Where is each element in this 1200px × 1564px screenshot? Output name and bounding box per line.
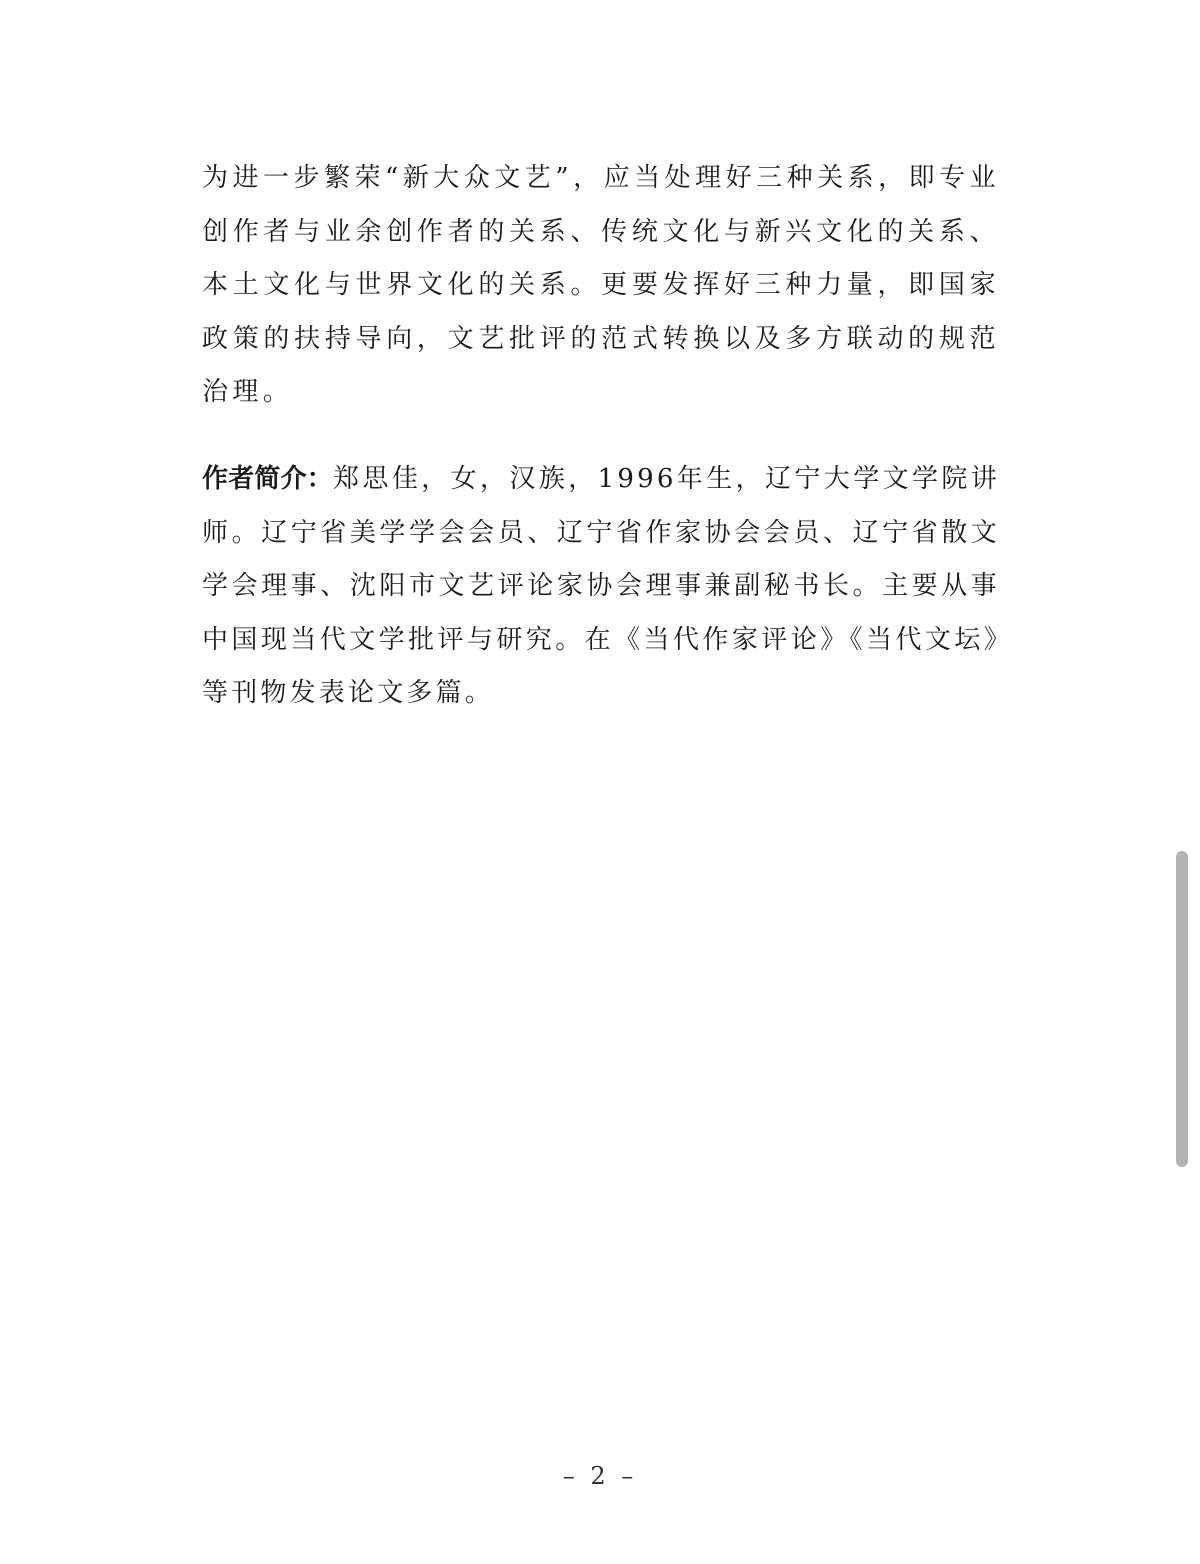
author-bio-text: 郑思佳，女，汉族，1996年生，辽宁大学文学院讲师。辽宁省美学学会会员、辽宁省作… [202,464,1000,708]
author-bio-paragraph: 作者简介：郑思佳，女，汉族，1996年生，辽宁大学文学院讲师。辽宁省美学学会会员… [202,453,1000,721]
vertical-scrollbar-thumb[interactable] [1176,851,1188,1167]
author-bio-label: 作者简介： [202,464,333,494]
body-paragraph: 为进一步繁荣“新大众文艺”，应当处理好三种关系，即专业创作者与业余创作者的关系、… [202,152,1000,420]
document-page: 为进一步繁荣“新大众文艺”，应当处理好三种关系，即专业创作者与业余创作者的关系、… [0,0,1200,1564]
page-number: – 2 – [0,1462,1200,1490]
